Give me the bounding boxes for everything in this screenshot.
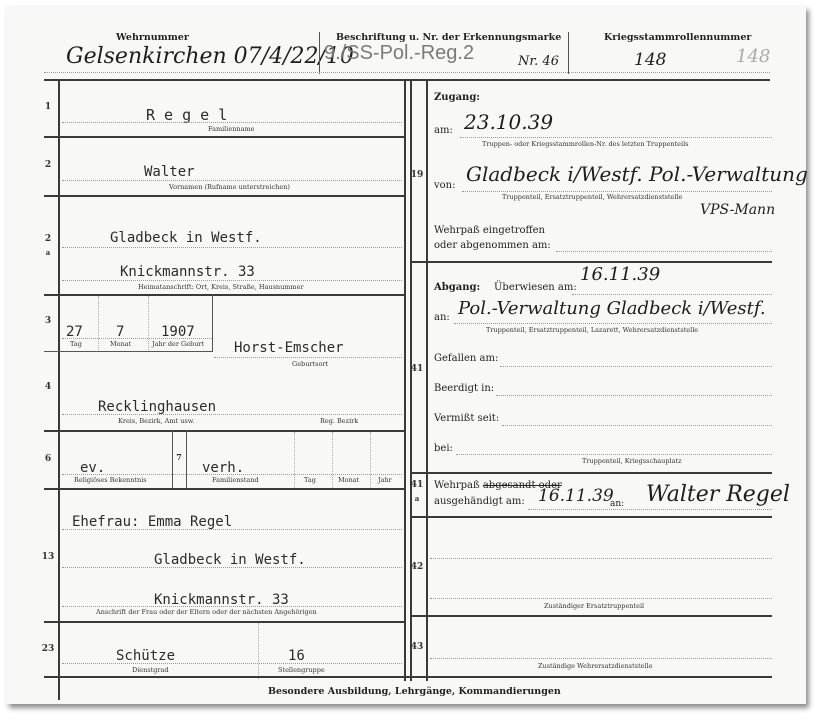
dotted-line <box>62 180 402 181</box>
dotted-line <box>62 414 402 415</box>
vornamen-caption: Vornamen (Rufname unterstreichen) <box>169 183 290 191</box>
row-number-13: 13 <box>38 552 58 562</box>
abgang-an-value: Pol.-Verwaltung Gladbeck i/Westf. <box>458 298 766 319</box>
row-number-19: 19 <box>407 170 427 180</box>
abgang-an-label: an: <box>434 312 450 323</box>
zugang-von-label: von: <box>434 180 455 191</box>
ausgehaendigt-an-value: Walter Regel <box>646 482 790 507</box>
footer-left-line <box>58 676 60 700</box>
ueberwiesen-value: 16.11.39 <box>580 264 660 285</box>
heimatanschrift-ort: Gladbeck in Westf. <box>110 230 262 246</box>
dotted-line <box>556 251 772 252</box>
ausgehaendigt-date-value: 16.11.39 <box>538 486 614 506</box>
birthdate-box-right <box>212 294 213 352</box>
row-rule <box>410 261 772 263</box>
header-divider <box>319 32 320 74</box>
ersatztruppenteil-caption: Zuständiger Ersatztruppenteil <box>544 602 644 610</box>
familienstand-caption: Familienstand <box>212 476 259 484</box>
dotted-line <box>62 338 212 339</box>
dotted-line <box>502 425 772 426</box>
dotted-divider <box>98 296 99 350</box>
wehrnummer-label: Wehrnummer <box>116 32 189 43</box>
row-number-41a-sub: a <box>407 494 427 503</box>
dotted-divider <box>294 432 295 488</box>
dotted-line <box>62 606 402 607</box>
row-rule <box>44 621 404 623</box>
row-rule <box>410 615 772 617</box>
row-number-23: 23 <box>38 644 58 654</box>
row-number-2a: 2 <box>38 234 58 244</box>
birth-year-caption: Jahr der Geburt <box>152 340 204 348</box>
dotted-line <box>62 247 402 248</box>
dotted-line <box>454 323 772 324</box>
zugang-am-value: 23.10.39 <box>464 110 553 134</box>
stellengruppe-caption: Stellengruppe <box>278 666 325 674</box>
dotted-divider <box>332 432 333 488</box>
dotted-line <box>62 122 402 123</box>
row-number-42: 42 <box>407 562 427 572</box>
erkennungsmarke-number: Nr. 46 <box>518 54 559 69</box>
dotted-line <box>430 658 772 659</box>
row-rule <box>410 472 772 474</box>
abgang-label: Abgang: <box>434 282 480 293</box>
dotted-line <box>430 558 772 559</box>
row-number-2a-sub: a <box>38 248 58 257</box>
dotted-divider <box>258 623 259 679</box>
divider <box>186 430 187 488</box>
vermisst-label: Vermißt seit: <box>434 413 499 424</box>
wehrpass-label: Wehrpaß <box>434 480 480 491</box>
birth-month-caption: Monat <box>110 340 131 348</box>
row-rule <box>44 488 404 490</box>
besondere-ausbildung-label: Besondere Ausbildung, Lehrgänge, Kommand… <box>268 686 561 697</box>
kreis-caption: Kreis, Bezirk, Amt usw. <box>118 417 195 425</box>
ausgehaendigt-an-label: an: <box>610 499 624 509</box>
row-rule <box>44 136 404 138</box>
erkennungsmarke-value: 9./SS-Pol.-Reg.2 <box>324 42 474 65</box>
zugang-von-note: VPS-Mann <box>700 202 775 218</box>
dienstgrad-caption: Dienstgrad <box>132 666 169 674</box>
wehrersatzdienststelle-caption: Zuständige Wehrersatzdienststelle <box>538 662 653 670</box>
dotted-line <box>214 357 402 358</box>
center-line-left <box>404 79 406 681</box>
dotted-line <box>500 366 772 367</box>
abgang-an-caption: Truppenteil, Ersatztruppenteil, Lazarett… <box>486 326 698 334</box>
familienstand-jahr-caption: Jahr <box>378 476 392 484</box>
row-number-41a: 41 <box>407 480 427 490</box>
geburtsort-caption: Geburtsort <box>292 360 328 368</box>
wehrnummer-value: Gelsenkirchen 07/4/22/10 <box>66 44 354 69</box>
wehrpass-abgenommen-label: oder abgenommen am: <box>434 240 551 251</box>
birthdate-box-bottom <box>44 351 213 352</box>
angehoerige-caption: Anschrift der Frau oder der Eltern oder … <box>96 608 317 616</box>
gefallen-label: Gefallen am: <box>434 353 498 364</box>
row-rule <box>410 516 772 518</box>
dienstgrad-value: Schütze <box>116 648 175 664</box>
row-rule <box>44 430 404 432</box>
kreis-value: Recklinghausen <box>98 399 216 415</box>
footer-rule <box>44 676 772 678</box>
dotted-divider <box>370 432 371 488</box>
birth-day-caption: Tag <box>70 340 82 348</box>
header-rule <box>44 79 770 81</box>
dotted-line <box>572 294 772 295</box>
dotted-line <box>460 137 772 138</box>
kriegsstammrollennummer-label: Kriegsstammrollennummer <box>604 32 751 43</box>
beerdigt-label: Beerdigt in: <box>434 383 494 394</box>
zugang-am-label: am: <box>434 125 453 136</box>
dotted-divider <box>148 296 149 350</box>
heimatanschrift-strasse: Knickmannstr. 33 <box>120 264 255 280</box>
header-divider <box>568 32 569 74</box>
wehrpass-eingetroffen-label: Wehrpaß eingetroffen <box>434 225 545 236</box>
dotted-line <box>62 663 402 664</box>
geburtsort-value: Horst-Emscher <box>234 340 344 356</box>
familienstand-tag-caption: Tag <box>304 476 316 484</box>
familienstand-monat-caption: Monat <box>338 476 359 484</box>
dotted-line <box>430 598 772 599</box>
row-rule <box>44 195 404 197</box>
bei-label: bei: <box>434 443 453 454</box>
stellengruppe-value: 16 <box>288 648 305 664</box>
row-number-41: 41 <box>407 364 427 374</box>
dotted-line <box>62 280 402 281</box>
zugang-am-caption: Truppen- oder Kriegsstammrollen-Nr. des … <box>482 140 689 148</box>
row-number-2: 2 <box>38 160 58 170</box>
bei-caption: Truppenteil, Kriegsschauplatz <box>582 457 682 465</box>
angehoerige-ort: Gladbeck in Westf. <box>154 552 306 568</box>
dotted-line <box>528 509 772 510</box>
vornamen-value: Walter <box>144 164 195 180</box>
zugang-label: Zugang: <box>434 92 480 103</box>
kriegsstammrollennummer-value: 148 <box>634 50 666 70</box>
row-number-3: 3 <box>38 316 58 326</box>
ausgehaendigt-label: ausgehändigt am: <box>434 496 525 507</box>
angehoerige-name: Ehefrau: Emma Regel <box>72 514 232 530</box>
zugang-von-caption: Truppenteil, Ersatztruppenteil, Wehrersa… <box>502 193 682 201</box>
zugang-von-value: Gladbeck i/Westf. Pol.-Verwaltung <box>466 162 808 186</box>
religion-caption: Religiöses Bekenntnis <box>74 476 147 484</box>
kriegsstammrollennummer-faint: 148 <box>736 46 770 67</box>
left-margin-line <box>58 79 60 681</box>
row-number-4: 4 <box>38 382 58 392</box>
dotted-line <box>462 191 772 192</box>
ueberwiesen-label: Überwiesen am: <box>494 282 577 293</box>
row-number-1: 1 <box>38 102 58 112</box>
row-number-43: 43 <box>407 642 427 652</box>
heimatanschrift-caption: Heimatanschrift: Ort, Kreis, Straße, Hau… <box>138 283 304 291</box>
dotted-line <box>62 567 402 568</box>
familienstand-value: verh. <box>202 460 244 476</box>
row-number-6: 6 <box>38 454 58 464</box>
header-dotted-line <box>44 72 770 73</box>
dotted-line <box>62 529 402 530</box>
dotted-line <box>496 395 772 396</box>
familienname-caption: Familienname <box>208 125 254 133</box>
reg-bezirk-caption: Reg. Bezirk <box>320 417 358 425</box>
wehrstammblatt-document: Wehrnummer Gelsenkirchen 07/4/22/10 Besc… <box>6 6 806 704</box>
dotted-line <box>456 454 772 455</box>
